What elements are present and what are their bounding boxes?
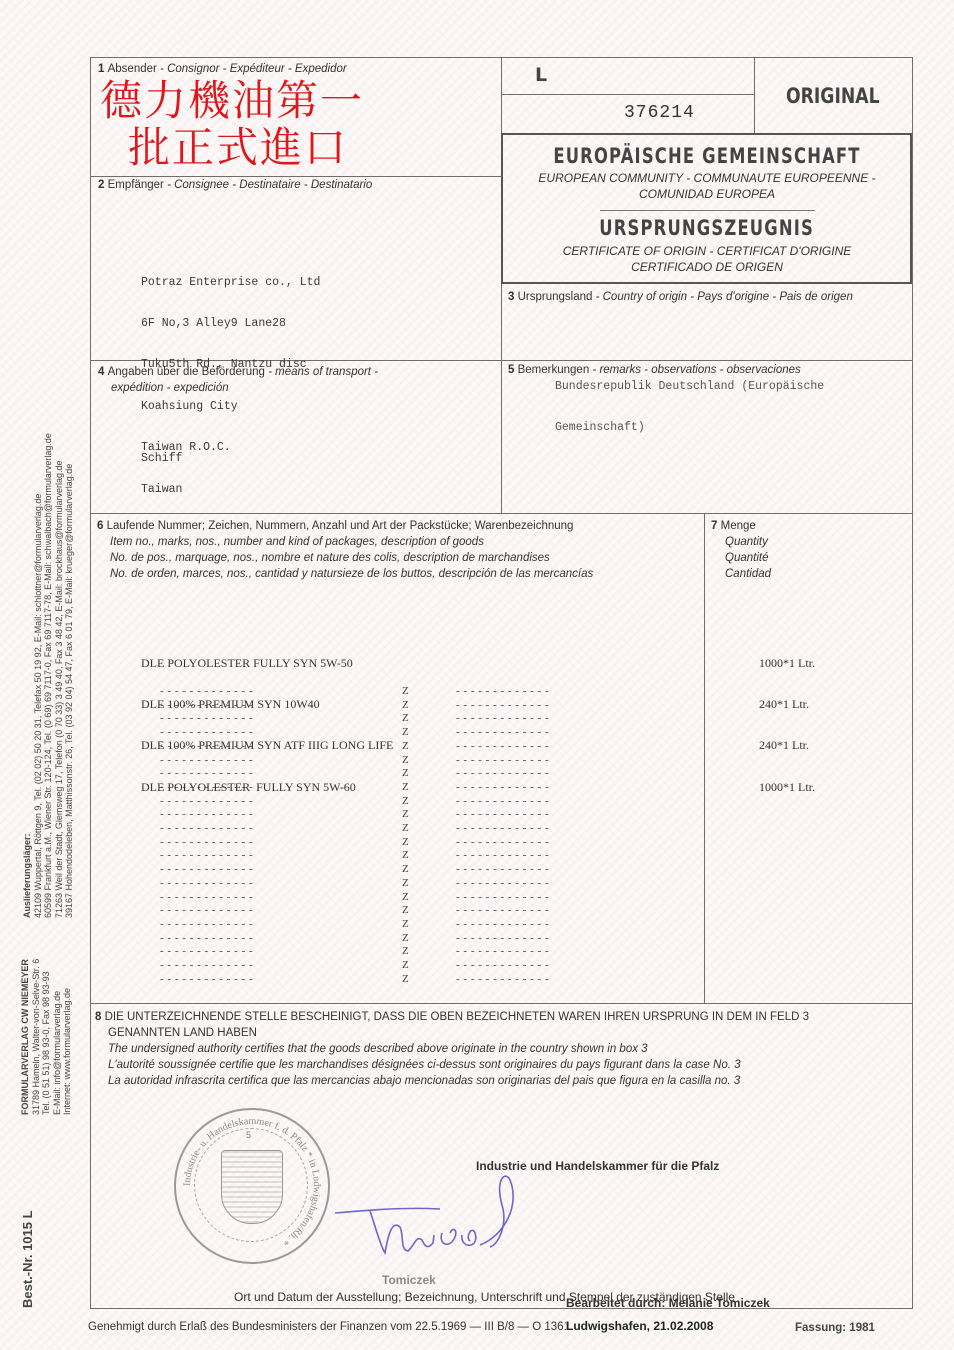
filler-dashes-left: - - - - - - - - - - - - - (160, 795, 253, 807)
filler-dashes-right: - - - - - - - - - - - - - (456, 699, 549, 711)
publisher-line: 31789 Hameln, Walter-von-Selve-Str. 6 (31, 915, 42, 1115)
certificate-title: URSPRUNGSZEUGNIS (502, 216, 912, 240)
handwritten-overlay-line2: 批正式進口 (128, 125, 348, 171)
filler-row: - - - - - - - - - - - - -Z- - - - - - - … (160, 781, 660, 794)
filler-dashes-right: - - - - - - - - - - - - - (456, 849, 549, 861)
filler-z: Z (402, 754, 409, 766)
filler-row: - - - - - - - - - - - - -Z- - - - - - - … (160, 712, 660, 725)
filler-dashes-right: - - - - - - - - - - - - - (456, 712, 549, 724)
address-line: Potraz Enterprise co., Ltd (141, 276, 320, 290)
filler-z: Z (402, 932, 409, 944)
divider (501, 58, 502, 513)
goods-quantity: 1000*1 Ltr. (759, 781, 815, 795)
subtitle-de: URSPRUNGSZEUGNIS (600, 216, 815, 240)
filler-dashes-right: - - - - - - - - - - - - - (456, 836, 549, 848)
country-line-1: Bundesrepublik Deutschland (Europäische (555, 380, 824, 394)
filler-dashes-left: - - - - - - - - - - - - - (160, 973, 253, 985)
order-number: Best.-Nr. 1015 L (20, 1188, 35, 1308)
filler-z: Z (402, 767, 409, 779)
filler-row: - - - - - - - - - - - - -Z- - - - - - - … (160, 726, 660, 739)
filler-z: Z (402, 959, 409, 971)
filler-row: - - - - - - - - - - - - -Z- - - - - - - … (160, 754, 660, 767)
filler-dashes-right: - - - - - - - - - - - - - (456, 863, 549, 875)
filler-dashes-right: - - - - - - - - - - - - - (456, 877, 549, 889)
filler-row: - - - - - - - - - - - - -Z- - - - - - - … (160, 891, 660, 904)
filler-dashes-left: - - - - - - - - - - - - - (160, 808, 253, 820)
divider (91, 1003, 912, 1004)
box7-label-de: Menge (721, 520, 756, 532)
publisher-info: FORMULARVERLAG CW NIEMEYER 31789 Hameln,… (20, 915, 73, 1115)
filler-row: - - - - - - - - - - - - -Z- - - - - - - … (160, 945, 660, 958)
filler-z: Z (402, 891, 409, 903)
box3-number: 3 (508, 291, 514, 303)
box6-label-es: No. de orden, marces, nos., cantidad y n… (110, 568, 593, 580)
filler-row: - - - - - - - - - - - - -Z- - - - - - - … (160, 795, 660, 808)
place-and-date: Ludwigshafen, 21.02.2008 (566, 1319, 713, 1333)
filler-z: Z (402, 863, 409, 875)
box6-number: 6 (97, 520, 103, 532)
filler-dashes-right: - - - - - - - - - - - - - (456, 781, 549, 793)
box1-label-other: - Consignor - Expéditeur - Expedidor (157, 63, 347, 75)
box8-label-es: La autoridad infrascrita certifica que l… (108, 1075, 740, 1087)
copy-type: ORIGINAL (786, 84, 880, 108)
box2-label-de: Empfänger (108, 179, 164, 191)
filler-dashes-left: - - - - - - - - - - - - - (160, 712, 253, 724)
box5-label-other: - remarks - observations - observaciones (589, 364, 801, 376)
goods-quantity: 1000*1 Ltr. (759, 657, 815, 671)
filler-row: - - - - - - - - - - - - -Z- - - - - - - … (160, 836, 660, 849)
box8-label-fr: L'autorité soussignée certifie que les m… (108, 1059, 741, 1071)
filler-z: Z (402, 795, 409, 807)
box7-label-fr: Quantité (725, 552, 768, 564)
filler-dashes-left: - - - - - - - - - - - - - (160, 877, 253, 889)
filler-row: - - - - - - - - - - - - -Z- - - - - - - … (160, 904, 660, 917)
filler-z: Z (402, 877, 409, 889)
filler-dashes-right: - - - - - - - - - - - - - (456, 754, 549, 766)
divider (501, 94, 754, 95)
filler-dashes-left: - - - - - - - - - - - - - (160, 932, 253, 944)
filler-dashes-left: - - - - - - - - - - - - - (160, 836, 253, 848)
depot-line: 42109 Wuppertal, Röttgen 9, Tel. (02 02)… (33, 418, 44, 918)
filler-dashes-left: - - - - - - - - - - - - - (160, 918, 253, 930)
filler-row: - - - - - - - - - - - - -Z- - - - - - - … (160, 685, 660, 698)
filler-row: - - - - - - - - - - - - -Z- - - - - - - … (160, 822, 660, 835)
filler-z: Z (402, 822, 409, 834)
box5-label-de: Bemerkungen (518, 364, 590, 376)
depot-line: 39167 Hohendodeleben, Matthissonstr. 26,… (64, 418, 75, 918)
filler-row: - - - - - - - - - - - - -Z- - - - - - - … (160, 767, 660, 780)
divider (91, 176, 501, 177)
filler-z: Z (402, 740, 409, 752)
filler-z: Z (402, 685, 409, 697)
filler-dashes-right: - - - - - - - - - - - - - (456, 932, 549, 944)
form-version: Fassung: 1981 (795, 1322, 875, 1334)
box6-label-fr: No. de pos., marquage, nos., nombre et n… (110, 552, 550, 564)
title-multilingual: EUROPEAN COMMUNITY - COMMUNAUTE EUROPEEN… (502, 170, 912, 202)
chamber-stamp: 5 Industrie- u. Handelskammer f. d. Pfal… (174, 1108, 330, 1264)
filler-dashes-left: - - - - - - - - - - - - - (160, 699, 253, 711)
filler-dashes-right: - - - - - - - - - - - - - (456, 767, 549, 779)
box5-number: 5 (508, 364, 514, 376)
divider (91, 513, 912, 514)
filler-dashes-left: - - - - - - - - - - - - - (160, 726, 253, 738)
subtitle-multi-2: CERTIFICADO DE ORIGEN (502, 259, 912, 275)
title-multi-1: EUROPEAN COMMUNITY - COMMUNAUTE EUROPEEN… (502, 170, 912, 186)
box7-label-es: Cantidad (725, 568, 771, 580)
box4-label-other-1: - means of transport - (265, 366, 378, 378)
box4-label-de: Angaben über die Beförderung (108, 366, 265, 378)
depot-line: 60599 Frankfurt a.M., Wiener Str. 120-12… (43, 418, 54, 918)
svg-text:Industrie- u. Handelskammer f.: Industrie- u. Handelskammer f. d. Pfalz … (182, 1116, 322, 1247)
filler-dashes-left: - - - - - - - - - - - - - (160, 849, 253, 861)
goods-quantity: 240*1 Ltr. (759, 739, 815, 753)
filler-z: Z (402, 918, 409, 930)
filler-row: - - - - - - - - - - - - -Z- - - - - - - … (160, 808, 660, 821)
box8-number: 8 (95, 1011, 101, 1023)
quantity-list: 1000*1 Ltr. 240*1 Ltr. 240*1 Ltr. 1000*1… (759, 629, 815, 808)
means-of-transport: Schiff (141, 452, 182, 466)
filler-z: Z (402, 808, 409, 820)
series-letter: L (535, 64, 547, 86)
filler-dashes-right: - - - - - - - - - - - - - (456, 685, 549, 697)
goods-quantity: 240*1 Ltr. (759, 698, 815, 712)
box4-label: 4 Angaben über die Beförderung - means o… (98, 364, 378, 396)
filler-dashes-left: - - - - - - - - - - - - - (160, 863, 253, 875)
filler-dashes-left: - - - - - - - - - - - - - (160, 822, 253, 834)
box6-label-en: Item no., marks, nos., number and kind o… (110, 536, 484, 548)
approval-note: Genehmigt durch Erlaß des Bundesminister… (88, 1321, 570, 1333)
divider (754, 58, 755, 133)
filler-dashes-right: - - - - - - - - - - - - - (456, 918, 549, 930)
address-line: Taiwan (141, 483, 320, 497)
filler-dashes-right: - - - - - - - - - - - - - (456, 891, 549, 903)
filler-dashes-left: - - - - - - - - - - - - - (160, 945, 253, 957)
box8-label-en: The undersigned authority certifies that… (108, 1043, 648, 1055)
filler-dashes-right: - - - - - - - - - - - - - (456, 808, 549, 820)
box3-label-de: Ursprungsland (518, 291, 593, 303)
filler-dashes-left: - - - - - - - - - - - - - (160, 959, 253, 971)
publisher-line: Internet: www.formularverlag.de (62, 915, 73, 1115)
box2-number: 2 (98, 179, 104, 191)
title-separator (600, 210, 815, 211)
box3-label: 3 Ursprungsland - Country of origin - Pa… (508, 291, 853, 303)
filler-z: Z (402, 973, 409, 985)
box6-label: 6 Laufende Nummer; Zeichen, Nummern, Anz… (97, 518, 593, 582)
subtitle-multi-1: CERTIFICATE OF ORIGIN - CERTIFICAT D'ORI… (502, 243, 912, 259)
box6-label-de: Laufende Nummer; Zeichen, Nummern, Anzah… (107, 520, 574, 532)
filler-z: Z (402, 726, 409, 738)
divider (704, 513, 705, 1003)
filler-dashes-left: - - - - - - - - - - - - - (160, 767, 253, 779)
processed-by: Bearbeitet durch: Melanie Tomiczek (566, 1296, 770, 1310)
filler-dashes-left: - - - - - - - - - - - - - (160, 754, 253, 766)
depots-info: Auslieferungsläger: 42109 Wuppertal, Röt… (22, 418, 75, 918)
filler-dashes-right: - - - - - - - - - - - - - (456, 904, 549, 916)
filler-dashes-left: - - - - - - - - - - - - - (160, 904, 253, 916)
box1-label-de: Absender (108, 63, 157, 75)
filler-dashes-left: - - - - - - - - - - - - - (160, 740, 253, 752)
filler-row: - - - - - - - - - - - - -Z- - - - - - - … (160, 740, 660, 753)
filler-dashes-right: - - - - - - - - - - - - - (456, 726, 549, 738)
country-line-2: Gemeinschaft) (555, 421, 824, 435)
box8-label: 8 DIE UNTERZEICHNENDE STELLE BESCHEINIGT… (95, 1009, 809, 1089)
box8-label-de-1: DIE UNTERZEICHNENDE STELLE BESCHEINIGT, … (105, 1011, 809, 1023)
box7-label: 7 Menge Quantity Quantité Cantidad (711, 518, 771, 582)
publisher-line: Tel. (0 51 51) 98 93-0, Fax 98 93-93 (41, 915, 52, 1115)
title-de: EUROPÄISCHE GEMEINSCHAFT (553, 144, 860, 168)
filler-row: - - - - - - - - - - - - -Z- - - - - - - … (160, 959, 660, 972)
filler-dashes-right: - - - - - - - - - - - - - (456, 822, 549, 834)
filler-row: - - - - - - - - - - - - -Z- - - - - - - … (160, 863, 660, 876)
box5-label: 5 Bemerkungen - remarks - observations -… (508, 364, 801, 376)
box3-label-other: - Country of origin - Pays d'origine - P… (592, 291, 852, 303)
filler-row: - - - - - - - - - - - - -Z- - - - - - - … (160, 932, 660, 945)
filler-dashes-right: - - - - - - - - - - - - - (456, 795, 549, 807)
signature-icon (330, 1165, 530, 1260)
filler-z: Z (402, 699, 409, 711)
filler-row: - - - - - - - - - - - - -Z- - - - - - - … (160, 699, 660, 712)
filler-dashes-right: - - - - - - - - - - - - - (456, 973, 549, 985)
serial-number: 376214 (624, 103, 695, 123)
box1-number: 1 (98, 63, 104, 75)
filler-z: Z (402, 781, 409, 793)
stamp-ring-text: Industrie- u. Handelskammer f. d. Pfalz … (176, 1110, 328, 1262)
filler-z: Z (402, 836, 409, 848)
filler-z: Z (402, 904, 409, 916)
box2-label: 2 Empfänger - Consignee - Destinataire -… (98, 179, 372, 191)
box8-label-de-2: GENANNTEN LAND HABEN (108, 1027, 257, 1039)
box2-label-other: - Consignee - Destinataire - Destinatari… (164, 179, 372, 191)
filler-dashes-left: - - - - - - - - - - - - - (160, 781, 253, 793)
box4-number: 4 (98, 366, 104, 378)
box7-number: 7 (711, 520, 717, 532)
filler-row: - - - - - - - - - - - - -Z- - - - - - - … (160, 918, 660, 931)
publisher-line: E-Mail: info@formularverlag.de (52, 915, 63, 1115)
depots-heading: Auslieferungsläger: (22, 418, 33, 918)
title-multi-2: COMUNIDAD EUROPEA (502, 186, 912, 202)
signer-name-stamp: Tomiczek (382, 1273, 436, 1287)
box7-label-en: Quantity (725, 536, 768, 548)
filler-z: Z (402, 712, 409, 724)
filler-dashes-right: - - - - - - - - - - - - - (456, 945, 549, 957)
address-line: Koahsiung City (141, 400, 320, 414)
depot-line: 71263 Weil der Stadt, Glemsweg 17, Telef… (54, 418, 65, 918)
filler-row: - - - - - - - - - - - - -Z- - - - - - - … (160, 849, 660, 862)
filler-dashes-left: - - - - - - - - - - - - - (160, 685, 253, 697)
subtitle-multilingual: CERTIFICATE OF ORIGIN - CERTIFICAT D'ORI… (502, 243, 912, 275)
filler-z: Z (402, 849, 409, 861)
address-line: 6F No,3 Alley9 Lane28 (141, 317, 320, 331)
handwritten-overlay-line1: 德力機油第一 (100, 78, 364, 124)
filler-dashes-right: - - - - - - - - - - - - - (456, 740, 549, 752)
publisher-name: FORMULARVERLAG CW NIEMEYER (20, 915, 31, 1115)
goods-item: DLE POLYOLESTER FULLY SYN 5W-50 (141, 657, 393, 671)
filler-z: Z (402, 945, 409, 957)
filler-dashes-left: - - - - - - - - - - - - - (160, 891, 253, 903)
ec-title: EUROPÄISCHE GEMEINSCHAFT (502, 144, 912, 168)
filler-row: - - - - - - - - - - - - -Z- - - - - - - … (160, 877, 660, 890)
filler-row: - - - - - - - - - - - - -Z- - - - - - - … (160, 973, 660, 986)
filler-dashes-right: - - - - - - - - - - - - - (456, 959, 549, 971)
box1-label: 1 Absender - Consignor - Expéditeur - Ex… (98, 63, 347, 75)
box4-label-other-2: expédition - expedición (111, 382, 229, 394)
